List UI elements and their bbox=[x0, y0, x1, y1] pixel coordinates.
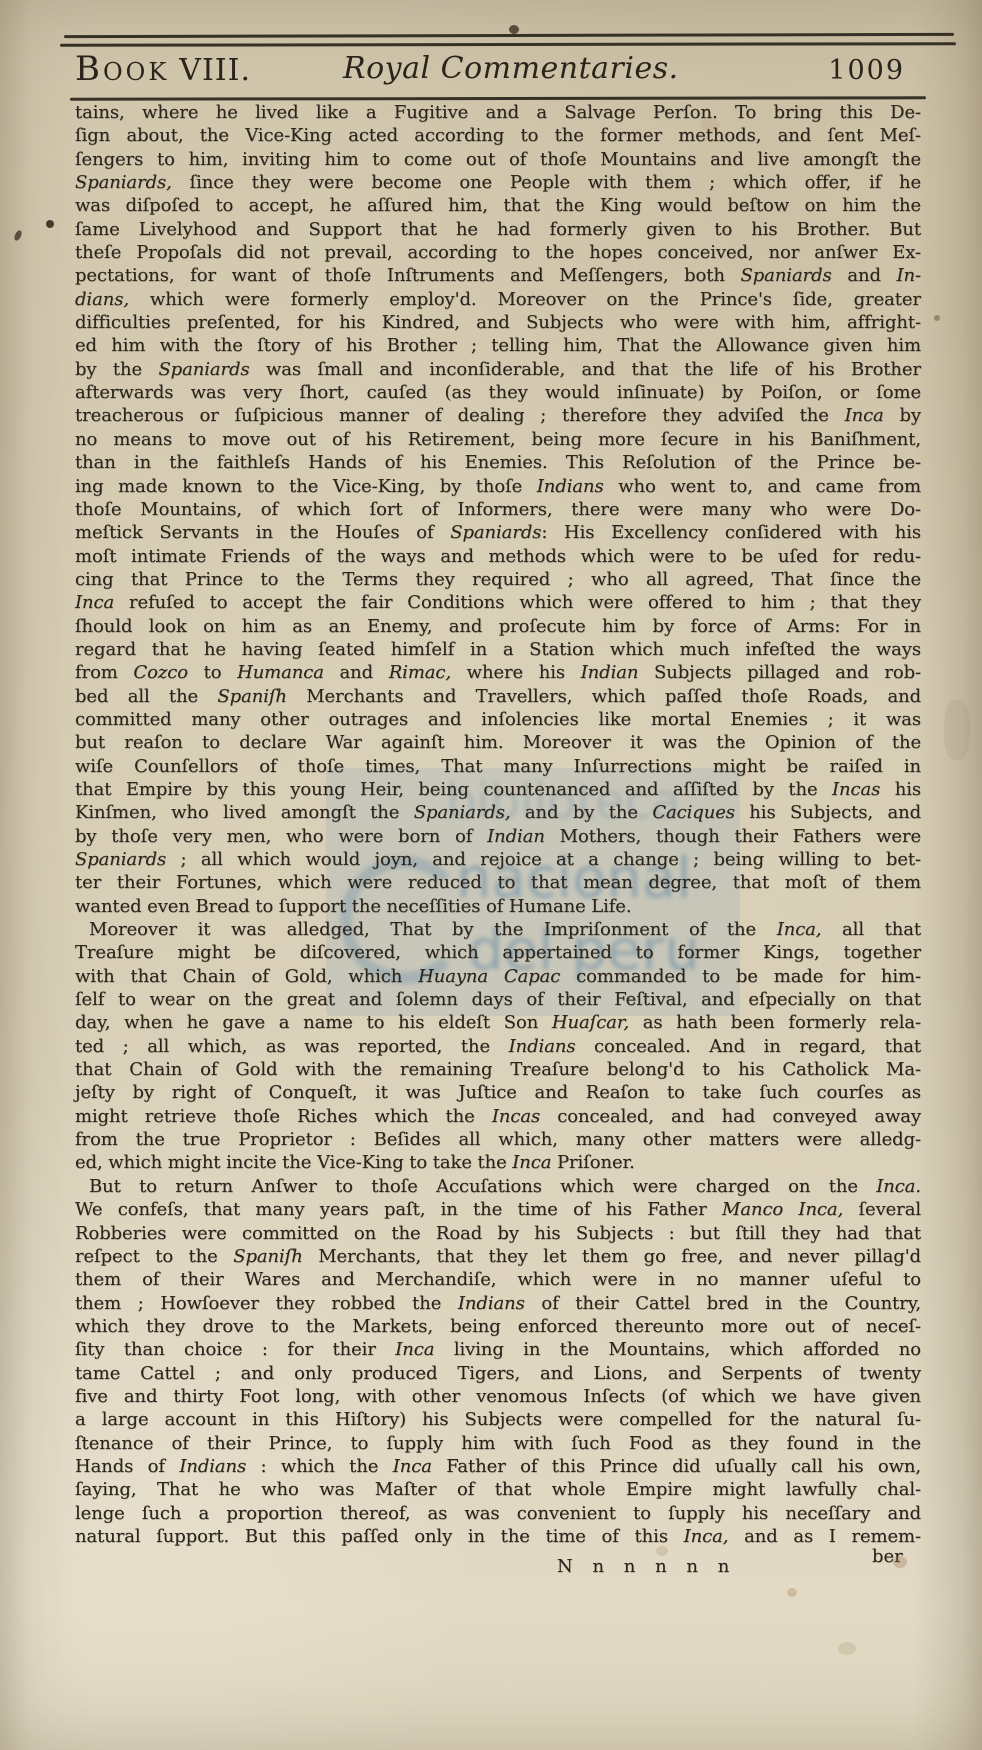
text-segment: lenge ſuch a proportion thereof, as was … bbox=[75, 1503, 921, 1524]
text-segment: ter their Fortunes, which were reduced t… bbox=[75, 872, 921, 893]
italic-text-segment: dians, bbox=[75, 289, 129, 310]
italic-text-segment: Spaniards bbox=[158, 359, 249, 380]
italic-text-segment: Spaniards bbox=[75, 849, 166, 870]
italic-text-segment: Inca bbox=[393, 1456, 432, 1477]
text-segment: all that bbox=[821, 919, 921, 940]
italic-text-segment: Indians bbox=[537, 476, 604, 497]
italic-text-segment: Inca. bbox=[876, 1176, 921, 1197]
text-segment: ed him with the ſtory of his Brother ; t… bbox=[75, 335, 921, 356]
text-line: Kinſmen, who lived amongſt the Spaniards… bbox=[75, 801, 921, 824]
text-segment: from the true Proprietor : Beſides all w… bbox=[75, 1129, 921, 1150]
text-segment: ted ; all which, as was reported, the bbox=[75, 1036, 509, 1057]
italic-text-segment: Indian bbox=[581, 662, 639, 683]
text-line: meſtick Servants in the Houſes of Spania… bbox=[75, 521, 921, 544]
text-segment: moſt intimate Friends of the ways and me… bbox=[75, 546, 921, 567]
text-line: cing that Prince to the Terms they requi… bbox=[75, 568, 921, 591]
text-line: Hands of Indians : which the Inca Father… bbox=[75, 1455, 921, 1478]
text-line: from the true Proprietor : Beſides all w… bbox=[75, 1128, 921, 1151]
text-line: dians, which were formerly employ'd. Mor… bbox=[75, 288, 921, 311]
text-segment: ſengers to him, inviting him to come out… bbox=[75, 149, 921, 170]
text-segment: ſign about, the Vice-King acted accordin… bbox=[75, 125, 921, 146]
book-numeral: VIII. bbox=[179, 53, 251, 88]
italic-text-segment: Spaniards bbox=[450, 522, 541, 543]
text-segment: but reaſon to declare War againſt him. M… bbox=[75, 732, 921, 753]
text-segment: ſame Livelyhood and Support that he had … bbox=[75, 219, 921, 240]
italic-text-segment: Manco Inca, bbox=[722, 1199, 843, 1220]
italic-text-segment: Inca bbox=[845, 405, 884, 426]
text-line: that Empire by this young Heir, being co… bbox=[75, 778, 921, 801]
text-block: tains, where he lived like a Fugitive an… bbox=[75, 101, 921, 1548]
text-segment: ſelf to wear on the great and ſolemn day… bbox=[75, 989, 921, 1010]
text-line: We confeſs, that many years paſt, in the… bbox=[75, 1198, 921, 1221]
text-line: afterwards was very ſhort, cauſed (as th… bbox=[75, 381, 921, 404]
text-segment: might retrieve thoſe Riches which the bbox=[75, 1106, 492, 1127]
italic-text-segment: Huayna Capac bbox=[418, 966, 560, 987]
text-segment: Kinſmen, who lived amongſt the bbox=[75, 802, 414, 823]
text-segment: bed all the bbox=[75, 686, 217, 707]
text-segment: meſtick Servants in the Houſes of bbox=[75, 522, 450, 543]
italic-text-segment: Humanca bbox=[237, 662, 324, 683]
text-segment: was ſmall and inconſiderable, and that t… bbox=[250, 359, 921, 380]
text-line: by thoſe very men, who were born of Indi… bbox=[75, 825, 921, 848]
text-line: wanted even Bread to ſupport the neceſſi… bbox=[75, 895, 921, 918]
text-line: was diſpoſed to accept, he aſſured him, … bbox=[75, 194, 921, 217]
italic-text-segment: Indians bbox=[179, 1456, 246, 1477]
text-segment: from bbox=[75, 662, 133, 683]
text-segment: But to return Anſwer to thoſe Accuſation… bbox=[89, 1176, 876, 1197]
text-segment: Treaſure might be diſcovered, which appe… bbox=[75, 942, 921, 963]
italic-text-segment: Spaniards, bbox=[75, 172, 172, 193]
italic-text-segment: Indians bbox=[509, 1036, 576, 1057]
text-segment: ſeveral bbox=[843, 1199, 921, 1220]
italic-text-segment: Inca bbox=[395, 1339, 434, 1360]
text-segment: living in the Mountains, which afforded … bbox=[434, 1339, 921, 1360]
text-segment: of their Cattel bred in the Country, bbox=[525, 1293, 921, 1314]
italic-text-segment: Cozco bbox=[133, 662, 188, 683]
book-page-scan: BookVIII. Royal Commentaries. 1009 bibli… bbox=[0, 0, 982, 1750]
italic-text-segment: Indians bbox=[458, 1293, 525, 1314]
italic-text-segment: Incas bbox=[832, 779, 880, 800]
text-segment: his Subjects, and bbox=[735, 802, 921, 823]
text-segment: ſtenance of their Prince, to ſupply him … bbox=[75, 1433, 921, 1454]
text-segment: commanded to be made for him- bbox=[560, 966, 921, 987]
text-segment: ſhould look on him as an Enemy, and proſ… bbox=[75, 616, 921, 637]
text-segment: them ; Howſoever they robbed the bbox=[75, 1293, 458, 1314]
italic-text-segment: Inca, bbox=[777, 919, 822, 940]
text-segment: which they drove to the Markets, being e… bbox=[75, 1316, 921, 1337]
text-segment: reſpect to the bbox=[75, 1246, 233, 1267]
text-line: no means to move out of his Retirement, … bbox=[75, 428, 921, 451]
text-line: a large account in this Hiſtory) his Sub… bbox=[75, 1408, 921, 1431]
text-segment: jeſty by right of Conqueſt, it was Juſti… bbox=[75, 1082, 921, 1103]
ink-speck bbox=[46, 220, 54, 228]
text-segment: ſince they were become one People with t… bbox=[172, 172, 921, 193]
text-line: ed him with the ſtory of his Brother ; t… bbox=[75, 334, 921, 357]
text-segment: Robberies were committed on the Road by … bbox=[75, 1223, 921, 1244]
text-segment: Merchants and Travellers, which paſſed t… bbox=[287, 686, 921, 707]
top-rule-upper bbox=[64, 33, 954, 38]
italic-text-segment: Indian bbox=[487, 826, 545, 847]
text-segment: We confeſs, that many years paſt, in the… bbox=[75, 1199, 722, 1220]
text-segment: theſe Propoſals did not prevail, accordi… bbox=[75, 242, 921, 263]
italic-text-segment: Spaniards, bbox=[414, 802, 511, 823]
text-line: with that Chain of Gold, which Huayna Ca… bbox=[75, 965, 921, 988]
text-segment: tains, where he lived like a Fugitive an… bbox=[75, 102, 921, 123]
text-segment: refuſed to accept the fair Conditions wh… bbox=[114, 592, 921, 613]
text-segment: thoſe Mountains, of which ſort of Inform… bbox=[75, 499, 921, 520]
italic-text-segment: In- bbox=[897, 265, 922, 286]
book-label: Book bbox=[75, 49, 169, 89]
text-line: tame Cattel ; and only produced Tigers, … bbox=[75, 1362, 921, 1385]
text-line: ſengers to him, inviting him to come out… bbox=[75, 148, 921, 171]
text-segment: and as I remem- bbox=[728, 1526, 921, 1547]
text-line: them ; Howſoever they robbed the Indians… bbox=[75, 1292, 921, 1315]
text-line: Spaniards ; all which would joyn, and re… bbox=[75, 848, 921, 871]
text-line: difficulties preſented, for his Kindred,… bbox=[75, 311, 921, 334]
text-segment: : which the bbox=[246, 1456, 393, 1477]
text-segment: tame Cattel ; and only produced Tigers, … bbox=[75, 1363, 921, 1384]
text-segment: day, when he gave a name to his eldeſt S… bbox=[75, 1012, 552, 1033]
text-segment: cing that Prince to the Terms they requi… bbox=[75, 569, 921, 590]
text-line: tains, where he lived like a Fugitive an… bbox=[75, 101, 921, 124]
text-line: them of their Wares and Merchandiſe, whi… bbox=[75, 1268, 921, 1291]
text-segment: his bbox=[880, 779, 921, 800]
italic-text-segment: Inca bbox=[512, 1152, 551, 1173]
text-segment: : His Excellency conſidered with his bbox=[541, 522, 921, 543]
text-line: five and thirty Foot long, with other ve… bbox=[75, 1385, 921, 1408]
text-line: Inca refuſed to accept the fair Conditio… bbox=[75, 591, 921, 614]
text-segment: wiſe Counſellors of thoſe times, That ma… bbox=[75, 756, 921, 777]
text-segment: which were formerly employ'd. Moreover o… bbox=[129, 289, 921, 310]
text-line: bed all the Spaniſh Merchants and Travel… bbox=[75, 685, 921, 708]
text-segment: and by the bbox=[511, 802, 653, 823]
text-line: ſign about, the Vice-King acted accordin… bbox=[75, 124, 921, 147]
catchword: ber bbox=[872, 1546, 903, 1567]
text-segment: ſity than choice : for their bbox=[75, 1339, 395, 1360]
text-segment: concealed, and had conveyed away bbox=[540, 1106, 921, 1127]
text-line: which they drove to the Markets, being e… bbox=[75, 1315, 921, 1338]
italic-text-segment: Spaniards bbox=[741, 265, 832, 286]
text-segment: where his bbox=[451, 662, 581, 683]
text-line: by the Spaniards was ſmall and inconſide… bbox=[75, 358, 921, 381]
text-line: ed, which might incite the Vice-King to … bbox=[75, 1151, 921, 1174]
text-line: Robberies were committed on the Road by … bbox=[75, 1222, 921, 1245]
running-title: Royal Commentaries. bbox=[343, 51, 679, 86]
text-line: from Cozco to Humanca and Rimac, where h… bbox=[75, 661, 921, 684]
text-line: Treaſure might be diſcovered, which appe… bbox=[75, 941, 921, 964]
text-segment: Hands of bbox=[75, 1456, 179, 1477]
text-segment: to bbox=[188, 662, 237, 683]
ink-speck bbox=[934, 315, 940, 321]
text-line: day, when he gave a name to his eldeſt S… bbox=[75, 1011, 921, 1034]
text-line: regard that he having ſeated himſelf in … bbox=[75, 638, 921, 661]
italic-text-segment: Spaniſh bbox=[217, 686, 287, 707]
text-line: jeſty by right of Conqueſt, it was Juſti… bbox=[75, 1081, 921, 1104]
text-segment: and bbox=[324, 662, 389, 683]
text-line: Moreover it was alledged, That by the Im… bbox=[75, 918, 921, 941]
text-line: than in the faithleſs Hands of his Enemi… bbox=[75, 451, 921, 474]
text-segment: that Empire by this young Heir, being co… bbox=[75, 779, 832, 800]
text-segment: as hath been formerly rela- bbox=[629, 1012, 921, 1033]
text-segment: by thoſe very men, who were born of bbox=[75, 826, 487, 847]
text-segment: difficulties preſented, for his Kindred,… bbox=[75, 312, 921, 333]
text-line: committed many other outrages and inſole… bbox=[75, 708, 921, 731]
text-segment: ing made known to the Vice-King, by thoſ… bbox=[75, 476, 537, 497]
italic-text-segment: Inca, bbox=[684, 1526, 729, 1547]
text-line: ſtenance of their Prince, to ſupply him … bbox=[75, 1432, 921, 1455]
text-line: wiſe Counſellors of thoſe times, That ma… bbox=[75, 755, 921, 778]
running-header: BookVIII. Royal Commentaries. 1009 bbox=[75, 49, 925, 95]
text-segment: with that Chain of Gold, which bbox=[75, 966, 418, 987]
text-line: ſelf to wear on the great and ſolemn day… bbox=[75, 988, 921, 1011]
text-segment: committed many other outrages and inſole… bbox=[75, 709, 921, 730]
text-segment: treacherous or ſuſpicious manner of deal… bbox=[75, 405, 845, 426]
text-line: ted ; all which, as was reported, the In… bbox=[75, 1035, 921, 1058]
text-line: theſe Propoſals did not prevail, accordi… bbox=[75, 241, 921, 264]
text-segment: no means to move out of his Retirement, … bbox=[75, 429, 921, 450]
text-segment: five and thirty Foot long, with other ve… bbox=[75, 1386, 921, 1407]
text-line: ſaying, That he who was Maſter of that w… bbox=[75, 1478, 921, 1501]
text-segment: Merchants, that they let them go free, a… bbox=[303, 1246, 921, 1267]
text-segment: afterwards was very ſhort, cauſed (as th… bbox=[75, 382, 921, 403]
ink-speck bbox=[13, 229, 23, 242]
text-line: treacherous or ſuſpicious manner of deal… bbox=[75, 404, 921, 427]
text-segment: Priſoner. bbox=[551, 1152, 634, 1173]
top-rule-lower bbox=[60, 42, 956, 47]
text-segment: them of their Wares and Merchandiſe, whi… bbox=[75, 1269, 921, 1290]
text-segment: ſaying, That he who was Maſter of that w… bbox=[75, 1479, 921, 1500]
text-segment: pectations, for want of thoſe Inſtrument… bbox=[75, 265, 741, 286]
text-segment: Mothers, though their Fathers were bbox=[545, 826, 921, 847]
text-line: lenge ſuch a proportion thereof, as was … bbox=[75, 1502, 921, 1525]
text-segment: by bbox=[884, 405, 921, 426]
text-segment: concealed. And in regard, that bbox=[575, 1036, 921, 1057]
ink-speck bbox=[509, 25, 519, 34]
text-segment: and bbox=[832, 265, 897, 286]
text-line: ing made known to the Vice-King, by thoſ… bbox=[75, 475, 921, 498]
text-segment: was diſpoſed to accept, he aſſured him, … bbox=[75, 195, 921, 216]
italic-text-segment: Rimac, bbox=[389, 662, 451, 683]
text-line: moſt intimate Friends of the ways and me… bbox=[75, 545, 921, 568]
page-number: 1009 bbox=[828, 55, 905, 86]
text-line: ter their Fortunes, which were reduced t… bbox=[75, 871, 921, 894]
page-edge-stain bbox=[944, 700, 970, 760]
foxing-spot bbox=[838, 1642, 856, 1655]
text-segment: wanted even Bread to ſupport the neceſſi… bbox=[75, 896, 631, 917]
text-segment: a large account in this Hiſtory) his Sub… bbox=[75, 1409, 921, 1430]
text-line: ſity than choice : for their Inca living… bbox=[75, 1338, 921, 1361]
text-line: might retrieve thoſe Riches which the In… bbox=[75, 1105, 921, 1128]
text-line: but reaſon to declare War againſt him. M… bbox=[75, 731, 921, 754]
text-line: ſame Livelyhood and Support that he had … bbox=[75, 218, 921, 241]
text-segment: that Chain of Gold with the remaining Tr… bbox=[75, 1059, 921, 1080]
foxing-spot bbox=[787, 1588, 797, 1597]
text-segment: regard that he having ſeated himſelf in … bbox=[75, 639, 921, 660]
text-segment: ed, which might incite the Vice-King to … bbox=[75, 1152, 512, 1173]
signature-mark: N n n n n n bbox=[557, 1556, 736, 1577]
text-segment: Moreover it was alledged, That by the Im… bbox=[89, 919, 777, 940]
text-line: Spaniards, ſince they were become one Pe… bbox=[75, 171, 921, 194]
italic-text-segment: Inca bbox=[75, 592, 114, 613]
text-line: But to return Anſwer to thoſe Accuſation… bbox=[75, 1175, 921, 1198]
text-line: pectations, for want of thoſe Inſtrument… bbox=[75, 264, 921, 287]
text-line: that Chain of Gold with the remaining Tr… bbox=[75, 1058, 921, 1081]
text-segment: Father of this Prince did uſually call h… bbox=[432, 1456, 921, 1477]
text-line: natural ſupport. But this paſſed only in… bbox=[75, 1525, 921, 1548]
italic-text-segment: Incas bbox=[492, 1106, 540, 1127]
text-segment: than in the faithleſs Hands of his Enemi… bbox=[75, 452, 921, 473]
text-line: reſpect to the Spaniſh Merchants, that t… bbox=[75, 1245, 921, 1268]
text-line: ſhould look on him as an Enemy, and proſ… bbox=[75, 615, 921, 638]
italic-text-segment: Spaniſh bbox=[233, 1246, 303, 1267]
text-segment: by the bbox=[75, 359, 158, 380]
text-segment: who went to, and came from bbox=[604, 476, 921, 497]
italic-text-segment: Caciques bbox=[652, 802, 735, 823]
text-segment: Subjects pillaged and rob- bbox=[638, 662, 921, 683]
text-line: thoſe Mountains, of which ſort of Inform… bbox=[75, 498, 921, 521]
text-segment: ; all which would joyn, and rejoice at a… bbox=[166, 849, 921, 870]
text-segment: natural ſupport. But this paſſed only in… bbox=[75, 1526, 684, 1547]
italic-text-segment: Huaſcar, bbox=[552, 1012, 629, 1033]
